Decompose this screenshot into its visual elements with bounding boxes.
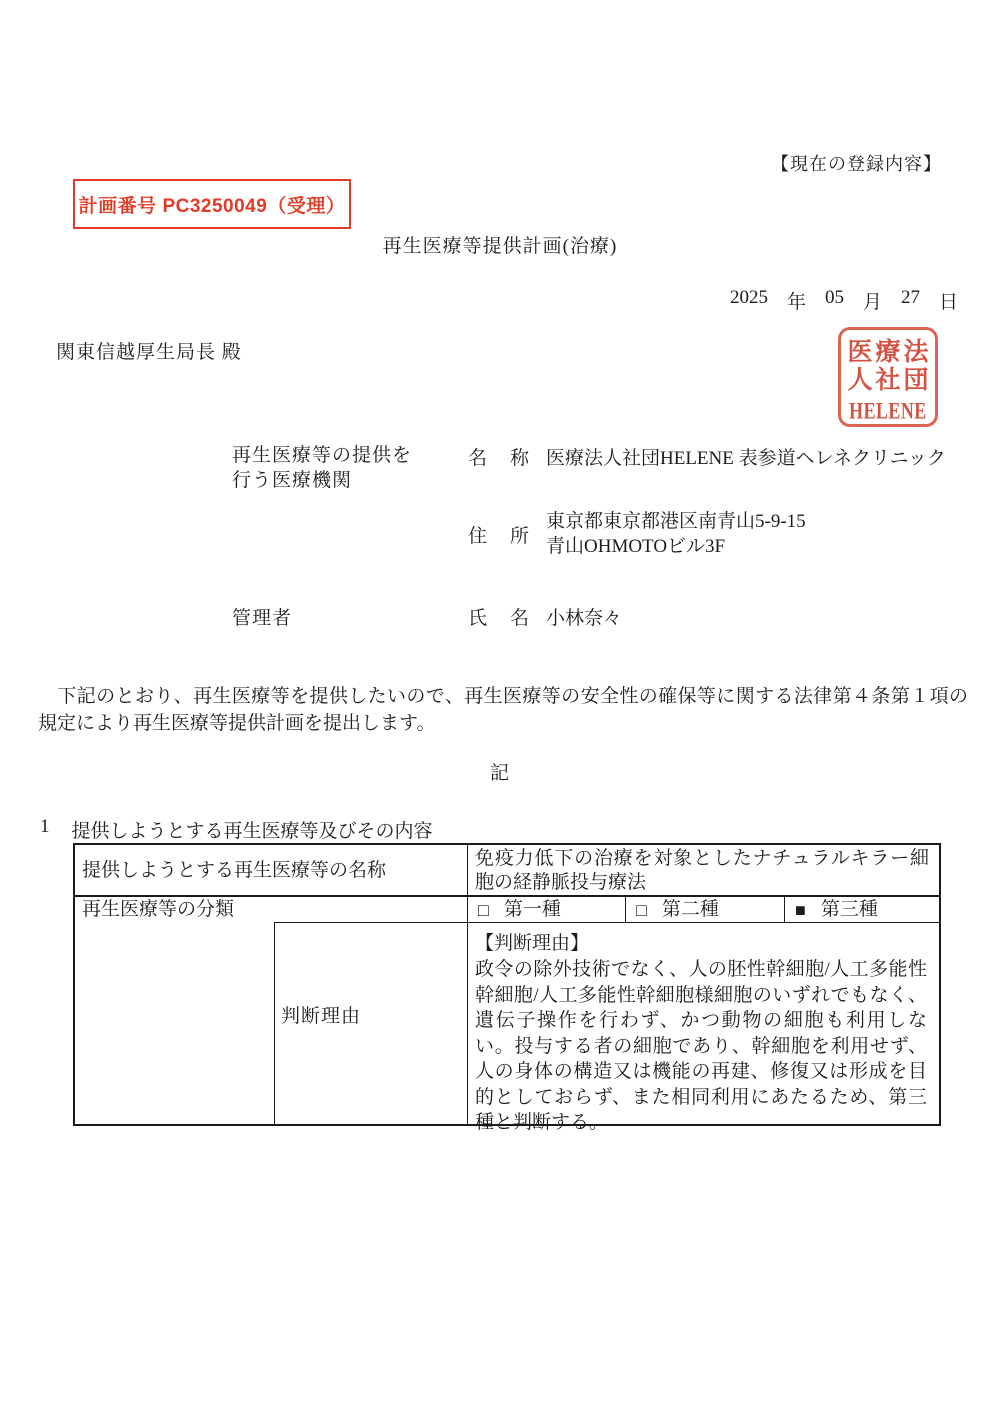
plan-number-text: 計画番号 PC3250049（受理） bbox=[79, 191, 346, 218]
reason-content: 【判断理由】 政令の除外技術でなく、人の胚性幹細胞/人工多能性幹細胞/人工多能性… bbox=[475, 931, 927, 1136]
document-title: 再生医療等提供計画(治療) bbox=[0, 231, 1000, 258]
date-month-unit: 月 bbox=[863, 287, 882, 314]
table-row1-divider bbox=[75, 895, 939, 897]
reason-text: 政令の除外技術でなく、人の胚性幹細胞/人工多能性幹細胞/人工多能性幹細胞様細胞の… bbox=[475, 957, 927, 1136]
treatment-name-value: 免疫力低下の治療を対象としたナチュラルキラー細胞の経静脈投与療法 bbox=[475, 847, 929, 895]
date-year: 2025 bbox=[730, 287, 768, 314]
reason-label: 判断理由 bbox=[281, 1005, 361, 1029]
regenerative-medicine-table: 提供しようとする再生医療等の名称 免疫力低下の治療を対象としたナチュラルキラー細… bbox=[73, 843, 941, 1126]
corporate-seal: 医療法 人社団 HELENE bbox=[838, 327, 938, 427]
type2-checkbox-icon: □ bbox=[636, 900, 647, 921]
manager-name-label: 氏 名 bbox=[468, 603, 531, 630]
type3-checkbox-icon: ■ bbox=[795, 900, 806, 921]
date-month: 05 bbox=[825, 287, 844, 314]
provider-label-line2: 行う医療機関 bbox=[232, 468, 412, 493]
date-day: 27 bbox=[901, 287, 920, 314]
institution-name-label: 名 称 bbox=[468, 443, 531, 470]
provider-label-line1: 再生医療等の提供を bbox=[232, 443, 412, 468]
submission-statement: 下記のとおり、再生医療等を提供したいので、再生医療等の安全性の確保等に関する法律… bbox=[38, 683, 968, 737]
seal-helene-text: HELENE bbox=[849, 398, 927, 425]
type2-label: 第二種 bbox=[662, 898, 719, 922]
classification-label: 再生医療等の分類 bbox=[82, 898, 234, 922]
institution-address-label: 住 所 bbox=[468, 521, 531, 548]
registration-status-label: 【現在の登録内容】 bbox=[771, 150, 942, 176]
type1-checkbox-icon: □ bbox=[478, 900, 489, 921]
ki-heading: 記 bbox=[0, 758, 1000, 785]
table-option-divider1 bbox=[625, 895, 626, 922]
table-reason-divider bbox=[274, 922, 275, 1124]
document-page: 【現在の登録内容】 計画番号 PC3250049（受理） 再生医療等提供計画(治… bbox=[0, 0, 1000, 1415]
manager-label: 管理者 bbox=[232, 603, 292, 630]
type1-label: 第一種 bbox=[504, 898, 561, 922]
addressee: 関東信越厚生局長 殿 bbox=[56, 337, 242, 364]
address-line2: 青山OHMOTOビル3F bbox=[546, 534, 806, 559]
date-day-unit: 日 bbox=[939, 287, 958, 314]
address-line1: 東京都東京都港区南青山5-9-15 bbox=[546, 509, 806, 534]
section1-number: 1 bbox=[40, 816, 50, 843]
class-option-type2: □ 第二種 bbox=[636, 898, 719, 922]
treatment-name-label: 提供しようとする再生医療等の名称 bbox=[82, 859, 462, 883]
type3-label: 第三種 bbox=[821, 898, 878, 922]
plan-number-box: 計画番号 PC3250049（受理） bbox=[73, 179, 351, 229]
table-option-divider2 bbox=[784, 895, 785, 922]
seal-kanji-row2: 人社団 bbox=[847, 367, 931, 395]
institution-name-value: 医療法人社団HELENE 表参道ヘレネクリニック bbox=[546, 443, 946, 470]
table-row2-divider bbox=[274, 922, 939, 923]
seal-kanji-row1: 医療法 bbox=[847, 339, 931, 367]
provider-institution-label: 再生医療等の提供を 行う医療機関 bbox=[232, 443, 412, 493]
reason-heading: 【判断理由】 bbox=[475, 931, 927, 957]
section1-title: 提供しようとする再生医療等及びその内容 bbox=[72, 816, 433, 843]
date-year-unit: 年 bbox=[787, 287, 806, 314]
class-option-type1: □ 第一種 bbox=[478, 898, 561, 922]
manager-name-value: 小林奈々 bbox=[546, 603, 622, 630]
table-main-divider bbox=[467, 845, 468, 1124]
institution-address-value: 東京都東京都港区南青山5-9-15 青山OHMOTOビル3F bbox=[546, 509, 806, 559]
section1-heading: 1 提供しようとする再生医療等及びその内容 bbox=[40, 816, 433, 843]
class-option-type3: ■ 第三種 bbox=[795, 898, 878, 922]
submission-date: 2025 年 05 月 27 日 bbox=[730, 287, 958, 314]
